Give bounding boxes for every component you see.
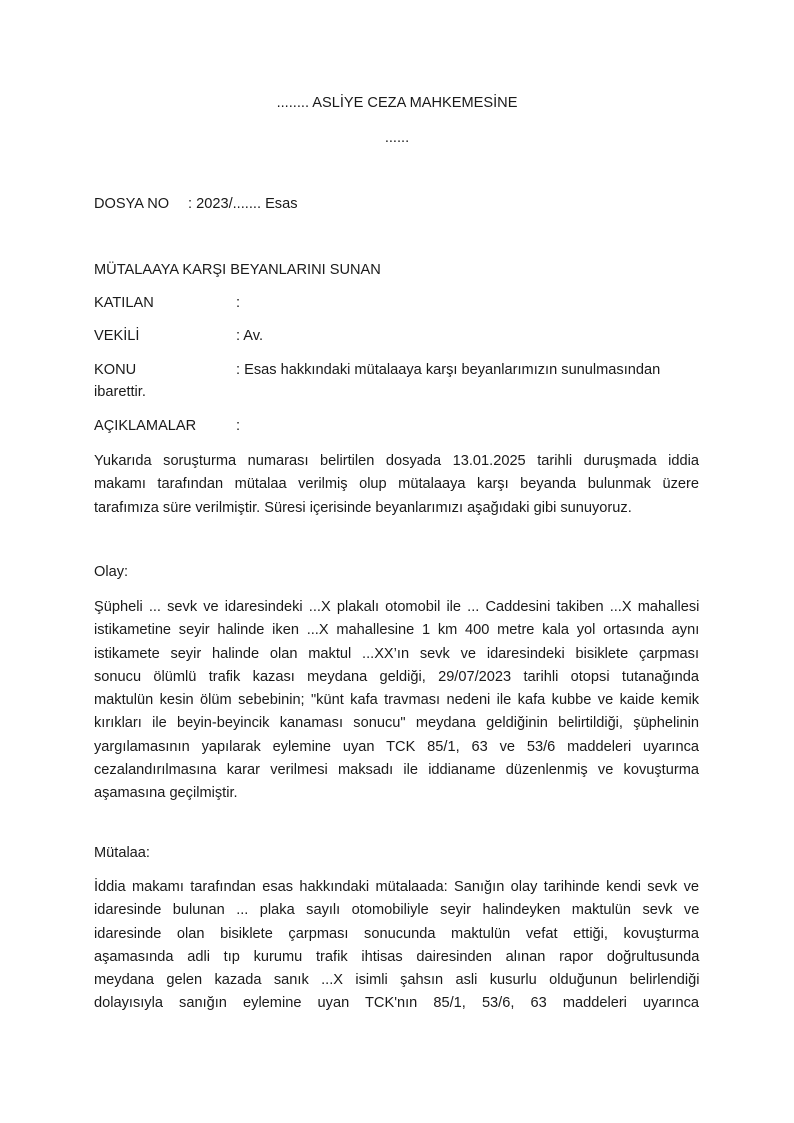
paragraph-line: İddia makamı tarafından esas hakkındaki … xyxy=(94,876,699,899)
court-heading: ........ ASLİYE CEZA MAHKEMESİNE xyxy=(0,95,794,111)
section-paragraph-mutalaa: İddia makamı tarafından esas hakkındaki … xyxy=(94,876,699,1016)
paragraph-line: istikamete seyir halinde olan maktul ...… xyxy=(94,643,699,666)
paragraph-line: makamı tarafından mütalaa verilmiş olup … xyxy=(94,473,699,496)
intro-paragraph: Yukarıda soruşturma numarası belirtilen … xyxy=(94,450,699,520)
paragraph-line: kırıkları ile beyin-beyincik kanaması so… xyxy=(94,712,699,735)
field-value-konu: : Esas hakkındaki mütalaaya karşı beyanl… xyxy=(236,362,660,378)
paragraph-line: idaresinde bulunan ... plaka sayılı otom… xyxy=(94,899,699,922)
field-value-vekili: : Av. xyxy=(236,328,263,344)
paragraph-line: maktulün kesin ölüm sebebinin; "künt kaf… xyxy=(94,689,699,712)
section-heading-olay: Olay: xyxy=(94,564,128,580)
field-value-aciklamalar: : xyxy=(236,418,240,434)
paragraph-line: sonucu ölümlü trafik kazası meydana geld… xyxy=(94,666,699,689)
paragraph-line: Şüpheli ... sevk ve idaresindeki ...X pl… xyxy=(94,596,699,619)
court-subheading: ...... xyxy=(0,130,794,146)
field-value-konu-continuation: ibarettir. xyxy=(94,384,146,400)
paragraph-line: meydana gelen kazada sanık ...X isimli ş… xyxy=(94,969,699,992)
field-label-vekili: VEKİLİ xyxy=(94,328,139,344)
paragraph-line: cezalandırılmasına karar verilmesi maksa… xyxy=(94,759,699,782)
field-label-konu: KONU xyxy=(94,362,136,378)
paragraph-line: yargılamasının yapılarak eylemine uyan T… xyxy=(94,736,699,759)
paragraph-line: idaresinde olan bisiklete çarpması sonuc… xyxy=(94,923,699,946)
file-no-label: DOSYA NO xyxy=(94,196,169,212)
paragraph-line: Yukarıda soruşturma numarası belirtilen … xyxy=(94,450,699,473)
document-page: ........ ASLİYE CEZA MAHKEMESİNE ...... … xyxy=(0,0,794,1123)
paragraph-line: dolayısıyla sanığın eylemine uyan TCK'nı… xyxy=(94,992,699,1015)
file-no-value: : 2023/....... Esas xyxy=(188,196,298,212)
section-heading-mutalaa: Mütalaa: xyxy=(94,845,150,861)
paragraph-line: istikametine seyir halinde iken ...X mah… xyxy=(94,619,699,642)
paragraph-line: tarafımıza süre verilmiştir. Süresi içer… xyxy=(94,497,699,520)
paragraph-line: aşamasında adli tıp kurumu trafik ihtisa… xyxy=(94,946,699,969)
submitter-title: MÜTALAAYA KARŞI BEYANLARINI SUNAN xyxy=(94,262,381,278)
paragraph-line: aşamasına geçilmiştir. xyxy=(94,782,699,805)
section-paragraph-olay: Şüpheli ... sevk ve idaresindeki ...X pl… xyxy=(94,596,699,806)
field-value-katilan: : xyxy=(236,295,240,311)
field-label-katilan: KATILAN xyxy=(94,295,154,311)
field-label-aciklamalar: AÇIKLAMALAR xyxy=(94,418,196,434)
